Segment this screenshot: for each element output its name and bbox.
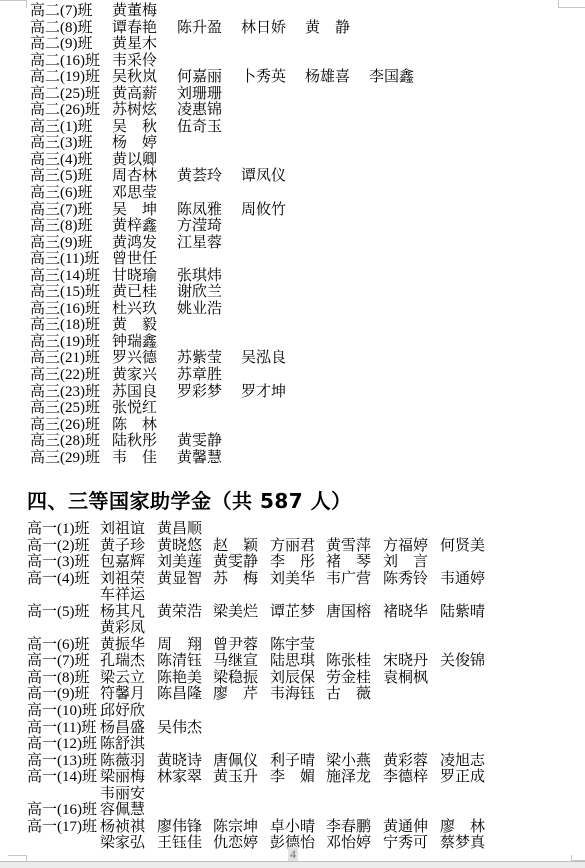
- student-name: 刘美莲: [157, 554, 202, 571]
- student-name: 吴 秋: [112, 119, 157, 136]
- roster-row: 高二(16)班韦采伶: [0, 53, 585, 70]
- student-name: 陈 林: [112, 417, 157, 434]
- student-name: 杨祯祺: [100, 819, 145, 836]
- class-label: 高三(8)班: [30, 218, 93, 235]
- student-name: 陈凤雅: [177, 202, 222, 219]
- class-label: 高一(12)班: [27, 736, 97, 753]
- class-label: 高一(14)班: [27, 769, 97, 786]
- class-label: 高三(1)班: [30, 119, 93, 136]
- student-name: 黄昌顺: [157, 521, 202, 538]
- roster-section-previous-category: 高二(7)班黄董梅高二(8)班谭春艳陈升盈林日娇黄 静高二(9)班黄星木高二(1…: [0, 3, 585, 466]
- class-label: 高一(13)班: [27, 753, 97, 770]
- student-name: 梁云立: [100, 670, 145, 687]
- roster-row: 韦丽安: [0, 786, 585, 803]
- student-name: 曾尹蓉: [213, 637, 258, 654]
- class-label: 高三(3)班: [30, 135, 93, 152]
- student-name: 陈舒淇: [100, 736, 145, 753]
- class-label: 高三(7)班: [30, 202, 93, 219]
- roster-row: 高一(8)班梁云立陈艳美梁稳振刘辰保劳金桂袁桐枫: [0, 670, 585, 687]
- student-name: 符馨月: [100, 686, 145, 703]
- roster-row: 高一(14)班梁丽梅林家翠黄玉升李 媚施泽龙李德梓罗正成: [0, 769, 585, 786]
- class-label: 高二(8)班: [30, 20, 93, 37]
- student-name: 谢欣兰: [177, 284, 222, 301]
- student-name: 车祥运: [100, 587, 145, 604]
- student-name: 黄 毅: [112, 317, 157, 334]
- student-name: 方滢琦: [177, 218, 222, 235]
- student-name: 杨其凡: [100, 604, 145, 621]
- student-name: 李德梓: [383, 769, 428, 786]
- student-name: 黄彩蓉: [383, 753, 428, 770]
- roster-row: 高三(21)班罗兴德苏紫莹吴泓良: [0, 350, 585, 367]
- student-name: 姚业浩: [177, 301, 222, 318]
- student-name: 袁桐枫: [383, 670, 428, 687]
- student-name: 黄晓诗: [157, 753, 202, 770]
- student-name: 韦 佳: [112, 450, 157, 467]
- student-name: 劳金桂: [326, 670, 371, 687]
- roster-row: 高二(8)班谭春艳陈升盈林日娇黄 静: [0, 20, 585, 37]
- roster-row: 高二(9)班黄星木: [0, 36, 585, 53]
- student-name: 黄董梅: [112, 3, 157, 20]
- roster-row: 高一(3)班包嘉辉刘美莲黄雯静李 彤褚 琴刘 言: [0, 554, 585, 571]
- class-label: 高一(7)班: [27, 653, 90, 670]
- student-name: 黄显智: [157, 571, 202, 588]
- roster-row: 高一(9)班符馨月陈昌隆廖 芹韦海钰古 薇: [0, 686, 585, 703]
- class-label: 高三(19)班: [30, 334, 100, 351]
- student-name: 杜兴玖: [112, 301, 157, 318]
- class-label: 高一(10)班: [27, 703, 97, 720]
- student-name: 陈张桂: [326, 653, 371, 670]
- student-name: 王钰佳: [157, 835, 202, 852]
- class-label: 高二(25)班: [30, 86, 100, 103]
- student-name: 孔瑞杰: [100, 653, 145, 670]
- student-name: 包嘉辉: [100, 554, 145, 571]
- student-name: 廖 林: [440, 819, 485, 836]
- student-name: 凌惠锦: [177, 102, 222, 119]
- roster-row: 高三(22)班黄家兴苏章胜: [0, 367, 585, 384]
- student-name: 邱妤欣: [100, 703, 145, 720]
- roster-section-third-class-aid: 高一(1)班刘祖谊黄昌顺高一(2)班黄子珍黄晓悠赵 颖方丽君黄雪萍方福婷何贤美高…: [0, 521, 585, 852]
- student-name: 韦广营: [326, 571, 371, 588]
- student-name: 林家翠: [157, 769, 202, 786]
- student-name: 邓思莹: [112, 185, 157, 202]
- student-name: 刘祖荣: [100, 571, 145, 588]
- student-name: 马继宣: [213, 653, 258, 670]
- student-name: 苏树炫: [112, 102, 157, 119]
- roster-row: 高一(2)班黄子珍黄晓悠赵 颖方丽君黄雪萍方福婷何贤美: [0, 538, 585, 555]
- student-name: 方福婷: [383, 538, 428, 555]
- student-name: 刘辰保: [270, 670, 315, 687]
- student-name: 林日娇: [241, 20, 286, 37]
- student-name: 黄雯静: [177, 433, 222, 450]
- student-name: 卜秀英: [241, 69, 286, 86]
- student-name: 利子晴: [270, 753, 315, 770]
- student-name: 陈清钰: [157, 653, 202, 670]
- student-name: 梁家弘: [100, 835, 145, 852]
- student-name: 李 彤: [270, 554, 315, 571]
- roster-row: 高三(14)班甘晓瑜张琪炜: [0, 268, 585, 285]
- student-name: 张琪炜: [177, 268, 222, 285]
- class-label: 高一(4)班: [27, 571, 90, 588]
- class-label: 高三(14)班: [30, 268, 100, 285]
- student-name: 黄晓悠: [157, 538, 202, 555]
- student-name: 苏国良: [112, 384, 157, 401]
- student-name: 吴泓良: [241, 350, 286, 367]
- student-name: 苏 梅: [213, 571, 258, 588]
- student-name: 黄家兴: [112, 367, 157, 384]
- student-name: 杨雄喜: [305, 69, 350, 86]
- roster-row: 高二(7)班黄董梅: [0, 3, 585, 20]
- class-label: 高三(22)班: [30, 367, 100, 384]
- roster-row: 高一(7)班孔瑞杰陈清钰马继宣陆思琪陈张桂宋晓丹关俊锦: [0, 653, 585, 670]
- student-name: 陈升盈: [177, 20, 222, 37]
- class-label: 高三(26)班: [30, 417, 100, 434]
- student-name: 褚晓华: [383, 604, 428, 621]
- student-name: 黄荣浩: [157, 604, 202, 621]
- class-label: 高一(11)班: [27, 720, 96, 737]
- student-name: 黄子珍: [100, 538, 145, 555]
- class-label: 高三(6)班: [30, 185, 93, 202]
- student-name: 黄通伸: [383, 819, 428, 836]
- roster-row: 高一(6)班黄振华周 翔曾尹蓉陈宇莹: [0, 637, 585, 654]
- student-name: 韦海钰: [270, 686, 315, 703]
- student-name: 刘祖谊: [100, 521, 145, 538]
- student-name: 陈宗坤: [213, 819, 258, 836]
- roster-row: 高一(13)班陈薇羽黄晓诗唐佩仪利子晴梁小燕黄彩蓉凌旭志: [0, 753, 585, 770]
- student-name: 韦通婷: [440, 571, 485, 588]
- student-name: 何贤美: [440, 538, 485, 555]
- student-name: 卓小晴: [270, 819, 315, 836]
- class-label: 高一(17)班: [27, 819, 97, 836]
- student-name: 方丽君: [270, 538, 315, 555]
- student-name: 刘珊珊: [177, 86, 222, 103]
- footer-page-number: 4: [288, 847, 298, 861]
- student-name: 陈薇羽: [100, 753, 145, 770]
- roster-row: 高一(5)班杨其凡黄荣浩梁美烂谭芷梦唐国榕褚晓华陆紫晴: [0, 604, 585, 621]
- class-label: 高三(4)班: [30, 152, 93, 169]
- roster-row: 高三(25)班张悦红: [0, 400, 585, 417]
- roster-row: 高三(15)班黄已桂谢欣兰: [0, 284, 585, 301]
- student-name: 吴秋岚: [112, 69, 157, 86]
- student-name: 周杏林: [112, 168, 157, 185]
- class-label: 高三(28)班: [30, 433, 100, 450]
- roster-row: 高一(10)班邱妤欣: [0, 703, 585, 720]
- student-name: 张悦红: [112, 400, 157, 417]
- student-name: 容佩慧: [100, 802, 145, 819]
- roster-row: 高一(4)班刘祖荣黄显智苏 梅刘美华韦广营陈秀铃韦通婷: [0, 571, 585, 588]
- student-name: 黄雯静: [213, 554, 258, 571]
- student-name: 黄梓鑫: [112, 218, 157, 235]
- student-name: 黄彩凤: [100, 620, 145, 637]
- roster-row: 高三(7)班吴 坤陈凤雅周攸竹: [0, 202, 585, 219]
- student-name: 邓怡婷: [326, 835, 371, 852]
- class-label: 高三(16)班: [30, 301, 100, 318]
- student-name: 黄振华: [100, 637, 145, 654]
- roster-row: 高三(29)班韦 佳黄馨慧: [0, 450, 585, 467]
- student-name: 罗彩梦: [177, 384, 222, 401]
- roster-row: 高三(18)班黄 毅: [0, 317, 585, 334]
- student-name: 罗正成: [440, 769, 485, 786]
- student-name: 黄 静: [305, 20, 350, 37]
- roster-row: 车祥运: [0, 587, 585, 604]
- student-name: 梁小燕: [326, 753, 371, 770]
- class-label: 高一(8)班: [27, 670, 90, 687]
- student-name: 黄高薪: [112, 86, 157, 103]
- roster-row: 高三(8)班黄梓鑫方滢琦: [0, 218, 585, 235]
- roster-row: 高一(1)班刘祖谊黄昌顺: [0, 521, 585, 538]
- student-name: 周 翔: [157, 637, 202, 654]
- roster-row: 高三(9)班黄鸿发江星蓉: [0, 235, 585, 252]
- class-label: 高三(29)班: [30, 450, 100, 467]
- student-name: 陈宇莹: [270, 637, 315, 654]
- student-name: 谭春艳: [112, 20, 157, 37]
- student-name: 梁稳振: [213, 670, 258, 687]
- student-name: 甘晓瑜: [112, 268, 157, 285]
- student-name: 钟瑞鑫: [112, 334, 157, 351]
- roster-row: 黄彩凤: [0, 620, 585, 637]
- roster-row: 高三(16)班杜兴玖姚业浩: [0, 301, 585, 318]
- roster-row: 高三(26)班陈 林: [0, 417, 585, 434]
- student-name: 廖伟锋: [157, 819, 202, 836]
- student-name: 韦丽安: [100, 786, 145, 803]
- student-name: 何嘉丽: [177, 69, 222, 86]
- student-name: 陈艳美: [157, 670, 202, 687]
- student-name: 韦采伶: [112, 53, 157, 70]
- roster-row: 高三(23)班苏国良罗彩梦罗才坤: [0, 384, 585, 401]
- student-name: 唐佩仪: [213, 753, 258, 770]
- page-gap-strip: [0, 861, 585, 868]
- class-label: 高一(6)班: [27, 637, 90, 654]
- student-name: 江星蓉: [177, 235, 222, 252]
- student-name: 黄馨慧: [177, 450, 222, 467]
- section-heading: 四、三等国家助学金（共 587 人）: [27, 488, 352, 515]
- student-name: 褚 琴: [326, 554, 371, 571]
- roster-row: 高一(16)班容佩慧: [0, 802, 585, 819]
- student-name: 蔡梦真: [440, 835, 485, 852]
- class-label: 高一(9)班: [27, 686, 90, 703]
- class-label: 高三(23)班: [30, 384, 100, 401]
- class-label: 高二(16)班: [30, 53, 100, 70]
- student-name: 黄玉升: [213, 769, 258, 786]
- class-label: 高三(18)班: [30, 317, 100, 334]
- student-name: 苏章胜: [177, 367, 222, 384]
- student-name: 刘 言: [383, 554, 428, 571]
- student-name: 黄鸿发: [112, 235, 157, 252]
- class-label: 高三(5)班: [30, 168, 93, 185]
- student-name: 凌旭志: [440, 753, 485, 770]
- student-name: 唐国榕: [326, 604, 371, 621]
- class-label: 高一(3)班: [27, 554, 90, 571]
- student-name: 罗兴德: [112, 350, 157, 367]
- roster-row: 高一(12)班陈舒淇: [0, 736, 585, 753]
- class-label: 高二(19)班: [30, 69, 100, 86]
- class-label: 高二(9)班: [30, 36, 93, 53]
- student-name: 黄荟玲: [177, 168, 222, 185]
- class-label: 高一(2)班: [27, 538, 90, 555]
- student-name: 陆紫晴: [440, 604, 485, 621]
- roster-row: 高二(25)班黄高薪刘珊珊: [0, 86, 585, 103]
- class-label: 高三(25)班: [30, 400, 100, 417]
- roster-row: 高三(11)班曾世任: [0, 251, 585, 268]
- roster-row: 高三(19)班钟瑞鑫: [0, 334, 585, 351]
- student-name: 黄已桂: [112, 284, 157, 301]
- class-label: 高三(9)班: [30, 235, 93, 252]
- roster-row: 高二(26)班苏树炫凌惠锦: [0, 102, 585, 119]
- student-name: 施泽龙: [326, 769, 371, 786]
- class-label: 高三(15)班: [30, 284, 100, 301]
- student-name: 黄以卿: [112, 152, 157, 169]
- student-name: 谭凤仪: [241, 168, 286, 185]
- student-name: 陆秋彤: [112, 433, 157, 450]
- roster-row: 高三(3)班杨 婷: [0, 135, 585, 152]
- student-name: 吴伟杰: [157, 720, 202, 737]
- student-name: 刘美华: [270, 571, 315, 588]
- class-label: 高三(21)班: [30, 350, 100, 367]
- roster-row: 高三(28)班陆秋彤黄雯静: [0, 433, 585, 450]
- roster-row: 高三(1)班吴 秋伍奇玉: [0, 119, 585, 136]
- roster-row: 高三(5)班周杏林黄荟玲谭凤仪: [0, 168, 585, 185]
- class-label: 高一(5)班: [27, 604, 90, 621]
- student-name: 宋晓丹: [383, 653, 428, 670]
- student-name: 罗才坤: [241, 384, 286, 401]
- student-name: 仇恋婷: [213, 835, 258, 852]
- student-name: 关俊锦: [440, 653, 485, 670]
- class-label: 高二(26)班: [30, 102, 100, 119]
- student-name: 陈昌隆: [157, 686, 202, 703]
- student-name: 宁秀可: [383, 835, 428, 852]
- student-name: 曾世任: [112, 251, 157, 268]
- roster-row: 高一(17)班杨祯祺廖伟锋陈宗坤卓小晴李春鹏黄通伸廖 林: [0, 819, 585, 836]
- student-name: 廖 芹: [213, 686, 258, 703]
- class-label: 高一(16)班: [27, 802, 97, 819]
- document-page: 高二(7)班黄董梅高二(8)班谭春艳陈升盈林日娇黄 静高二(9)班黄星木高二(1…: [0, 0, 585, 868]
- class-label: 高三(11)班: [30, 251, 99, 268]
- student-name: 古 薇: [326, 686, 371, 703]
- class-label: 高二(7)班: [30, 3, 93, 20]
- class-label: 高一(1)班: [27, 521, 90, 538]
- student-name: 李 媚: [270, 769, 315, 786]
- student-name: 李春鹏: [326, 819, 371, 836]
- student-name: 伍奇玉: [177, 119, 222, 136]
- student-name: 吴 坤: [112, 202, 157, 219]
- student-name: 梁美烂: [213, 604, 258, 621]
- student-name: 谭芷梦: [270, 604, 315, 621]
- student-name: 杨昌盛: [100, 720, 145, 737]
- roster-row: 高三(6)班邓思莹: [0, 185, 585, 202]
- student-name: 李国鑫: [369, 69, 414, 86]
- student-name: 陈秀铃: [383, 571, 428, 588]
- roster-row: 高二(19)班吴秋岚何嘉丽卜秀英杨雄喜李国鑫: [0, 69, 585, 86]
- student-name: 苏紫莹: [177, 350, 222, 367]
- student-name: 周攸竹: [241, 202, 286, 219]
- student-name: 陆思琪: [270, 653, 315, 670]
- student-name: 黄星木: [112, 36, 157, 53]
- roster-row: 高三(4)班黄以卿: [0, 152, 585, 169]
- roster-row: 高一(11)班杨昌盛吴伟杰: [0, 720, 585, 737]
- student-name: 黄雪萍: [326, 538, 371, 555]
- student-name: 梁丽梅: [100, 769, 145, 786]
- student-name: 赵 颖: [213, 538, 258, 555]
- student-name: 杨 婷: [112, 135, 157, 152]
